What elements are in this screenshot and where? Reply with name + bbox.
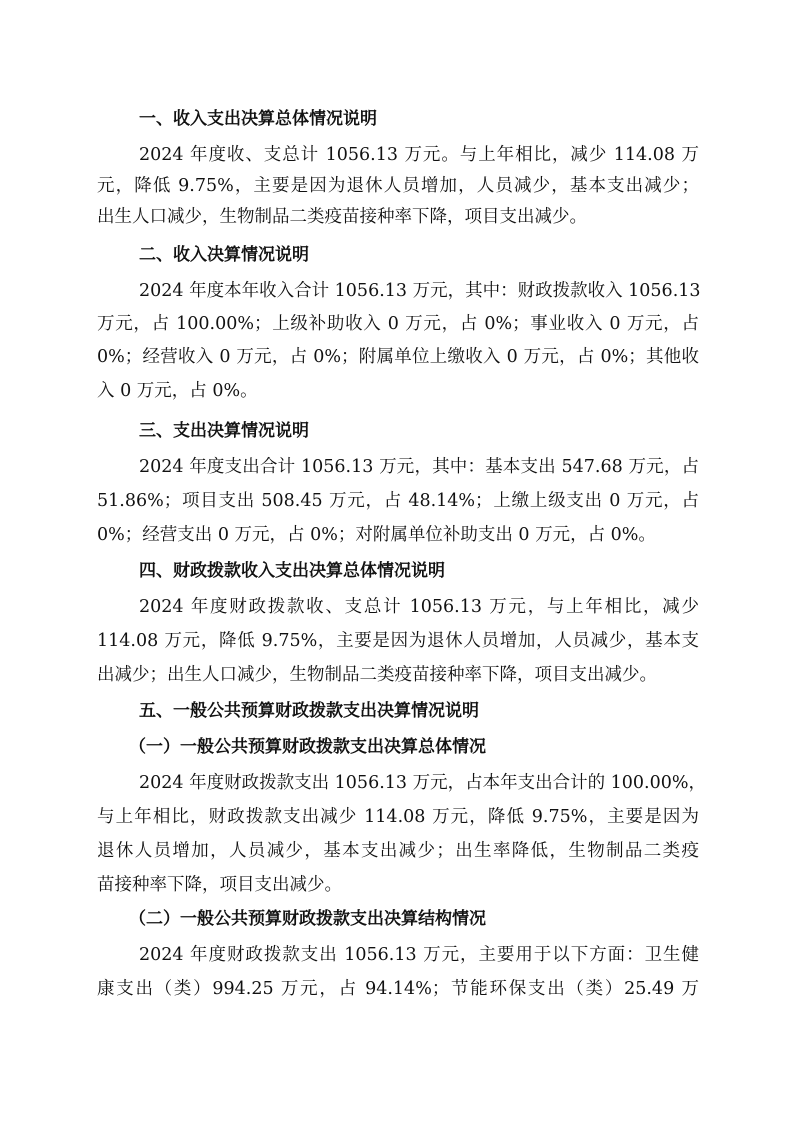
paragraph-line: 2024 年度本年收入合计 1056.13 万元，其中：财政拨款收入 1056.… (139, 280, 699, 302)
section-5-heading: 五、一般公共预算财政拨款支出决算情况说明 (139, 700, 479, 722)
paragraph-line: 出生人口减少，生物制品二类疫苗接种率下降，项目支出减少。 (97, 206, 699, 228)
paragraph-line: 51.86%；项目支出 508.45 万元，占 48.14%；上缴上级支出 0 … (97, 490, 699, 512)
paragraph-line: 与上年相比，财政拨款支出减少 114.08 万元，降低 9.75%，主要是因为 (97, 806, 699, 828)
section-1-heading: 一、收入支出决算总体情况说明 (139, 108, 377, 130)
paragraph-line: 元，降低 9.75%，主要是因为退休人员增加，人员减少，基本支出减少； (97, 175, 699, 197)
section-3-heading: 三、支出决算情况说明 (139, 420, 309, 442)
paragraph-line: 2024 年度财政拨款支出 1056.13 万元，占本年支出合计的 100.00… (139, 772, 699, 794)
subsection-1-heading: （一）一般公共预算财政拨款支出决算总体情况 (129, 736, 486, 758)
document-page: 一、收入支出决算总体情况说明 2024 年度收、支总计 1056.13 万元。与… (0, 0, 793, 1122)
paragraph-line: 2024 年度收、支总计 1056.13 万元。与上年相比，减少 114.08 … (139, 144, 699, 166)
section-4-heading: 四、财政拨款收入支出决算总体情况说明 (139, 560, 445, 582)
paragraph-line: 2024 年度财政拨款支出 1056.13 万元，主要用于以下方面：卫生健 (139, 944, 699, 966)
paragraph-line: 出减少；出生人口减少，生物制品二类疫苗接种率下降，项目支出减少。 (97, 664, 699, 686)
paragraph-line: 114.08 万元，降低 9.75%，主要是因为退休人员增加，人员减少，基本支 (97, 630, 699, 652)
paragraph-line: 苗接种率下降，项目支出减少。 (97, 874, 699, 896)
paragraph-line: 2024 年度支出合计 1056.13 万元，其中：基本支出 547.68 万元… (139, 456, 699, 478)
paragraph-line: 入 0 万元，占 0%。 (97, 380, 699, 402)
paragraph-line: 退休人员增加，人员减少，基本支出减少；出生率降低，生物制品二类疫 (97, 840, 699, 862)
paragraph-line: 0%；经营支出 0 万元，占 0%；对附属单位补助支出 0 万元，占 0%。 (97, 524, 699, 546)
paragraph-line: 万元，占 100.00%；上级补助收入 0 万元，占 0%；事业收入 0 万元，… (97, 313, 699, 335)
paragraph-line: 0%；经营收入 0 万元，占 0%；附属单位上缴收入 0 万元，占 0%；其他收 (97, 346, 699, 368)
subsection-2-heading: （二）一般公共预算财政拨款支出决算结构情况 (129, 908, 486, 930)
paragraph-line: 康支出（类）994.25 万元，占 94.14%；节能环保支出（类）25.49 … (97, 978, 699, 1000)
section-2-heading: 二、收入决算情况说明 (139, 244, 309, 266)
paragraph-line: 2024 年度财政拨款收、支总计 1056.13 万元，与上年相比，减少 (139, 596, 699, 618)
